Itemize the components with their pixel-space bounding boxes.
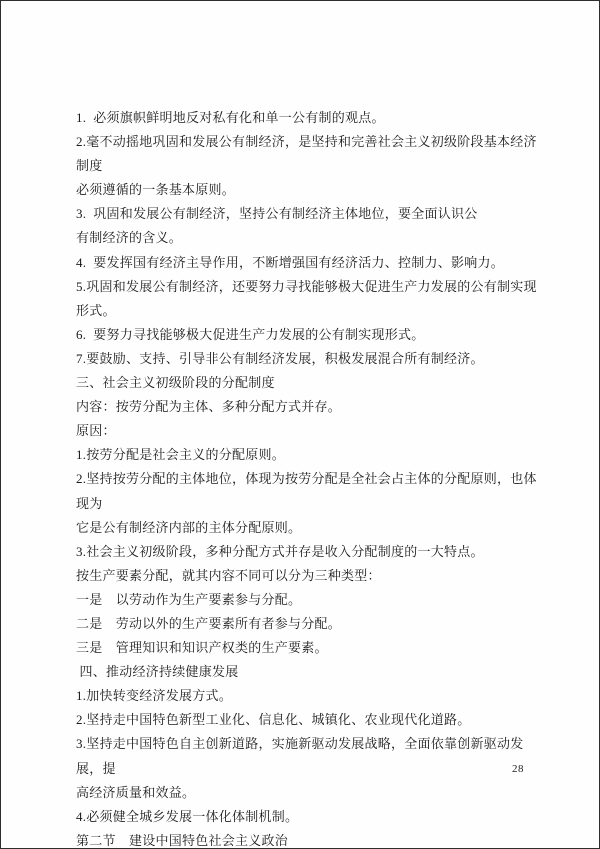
text-line: 4. 要发挥国有经济主导作用，不断增强国有经济活力、控制力、影响力。	[76, 251, 541, 275]
document-page: 1. 必须旗帜鲜明地反对私有化和单一公有制的观点。 2.毫不动摇地巩固和发展公有…	[0, 0, 600, 849]
text-line: 一是 以劳动作为生产要素参与分配。	[76, 588, 541, 612]
text-line: 高经济质量和效益。	[76, 781, 541, 805]
text-line: 1.按劳分配是社会主义的分配原则。	[76, 443, 541, 467]
text-line: 2.毫不动摇地巩固和发展公有制经济，是坚持和完善社会主义初级阶段基本经济制度	[76, 130, 541, 178]
text-line: 1.加快转变经济发展方式。	[76, 684, 541, 708]
text-line: 6. 要努力寻找能够极大促进生产力发展的公有制实现形式。	[76, 323, 541, 347]
text-line: 必须遵循的一条基本原则。	[76, 178, 541, 202]
text-line: 2.坚持走中国特色新型工业化、信息化、城镇化、农业现代化道路。	[76, 708, 541, 732]
page-number: 28	[512, 763, 524, 775]
text-line: 4.必须健全城乡发展一体化体制机制。	[76, 805, 541, 829]
section-heading: 四、推动经济持续健康发展	[76, 660, 541, 684]
chapter-heading: 第二节 建设中国特色社会主义政治	[76, 829, 541, 849]
text-line: 按生产要素分配，就其内容不同可以分为三种类型：	[76, 564, 541, 588]
text-line: 2.坚持按劳分配的主体地位，体现为按劳分配是全社会占主体的分配原则，也体现为	[76, 467, 541, 515]
text-line: 原因：	[76, 419, 541, 443]
text-line: 三是 管理知识和知识产权类的生产要素。	[76, 636, 541, 660]
text-line: 3.坚持走中国特色自主创新道路，实施新驱动发展战略，全面依靠创新驱动发展，提	[76, 732, 541, 780]
text-line: 有制经济的含义。	[76, 226, 541, 250]
text-line: 7.要鼓励、支持、引导非公有制经济发展，积极发展混合所有制经济。	[76, 347, 541, 371]
text-line: 3.社会主义初级阶段，多种分配方式并存是收入分配制度的一大特点。	[76, 540, 541, 564]
text-line: 1. 必须旗帜鲜明地反对私有化和单一公有制的观点。	[76, 106, 541, 130]
document-body: 1. 必须旗帜鲜明地反对私有化和单一公有制的观点。 2.毫不动摇地巩固和发展公有…	[76, 106, 541, 849]
text-line: 它是公有制经济内部的主体分配原则。	[76, 516, 541, 540]
text-line: 3. 巩固和发展公有制经济，坚持公有制经济主体地位，要全面认识公	[76, 202, 541, 226]
text-line: 二是 劳动以外的生产要素所有者参与分配。	[76, 612, 541, 636]
text-line: 内容：按劳分配为主体、多种分配方式并存。	[76, 395, 541, 419]
section-heading: 三、社会主义初级阶段的分配制度	[76, 371, 541, 395]
text-line: 5.巩固和发展公有制经济，还要努力寻找能够极大促进生产力发展的公有制实现形式。	[76, 275, 541, 323]
